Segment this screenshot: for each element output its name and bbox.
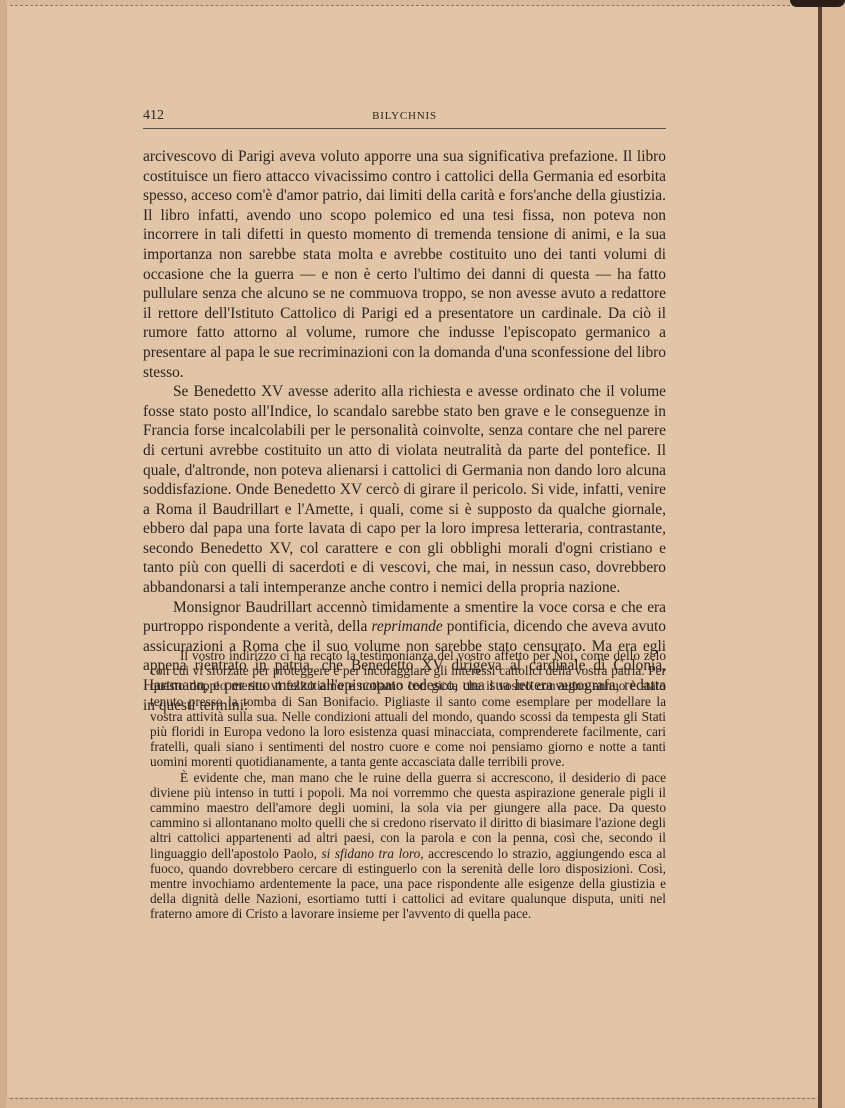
running-title: BILYCHNIS — [143, 110, 666, 122]
block-quote-letter: Il vostro indirizzo ci ha recato la test… — [150, 648, 666, 922]
quote-text: Il vostro indirizzo ci ha recato la test… — [150, 648, 666, 769]
body-text: arcivescovo di Parigi aveva voluto appor… — [143, 147, 666, 715]
paragraph-text: Se Benedetto XV avesse aderito alla rich… — [143, 383, 666, 596]
running-header: 412 BILYCHNIS — [143, 108, 666, 129]
quote-paragraph: È evidente che, man mano che le ruine de… — [150, 770, 666, 922]
quote-paragraph: Il vostro indirizzo ci ha recato la test… — [150, 648, 666, 770]
binding-shadow — [790, 0, 845, 7]
page-top-edge — [10, 5, 815, 6]
italic-quote: si sfidano tra loro — [321, 846, 420, 861]
italic-term: reprimande — [371, 618, 442, 635]
body-paragraph: arcivescovo di Parigi aveva voluto appor… — [143, 147, 666, 382]
paragraph-text: arcivescovo di Parigi aveva voluto appor… — [143, 148, 666, 381]
adjacent-page-edge — [822, 6, 845, 1106]
page-bottom-edge — [10, 1098, 815, 1099]
body-paragraph: Se Benedetto XV avesse aderito alla rich… — [143, 382, 666, 598]
